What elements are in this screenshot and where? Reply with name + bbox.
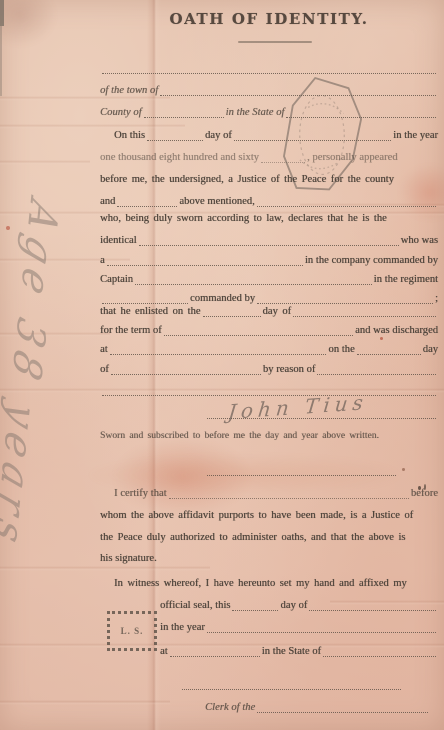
label: whom the above affidavit purports to hav…	[100, 510, 413, 522]
label: I certify that	[114, 488, 167, 500]
form-line-his-signature: his signature.	[100, 549, 438, 565]
blank-field	[107, 261, 303, 266]
title-rule	[238, 41, 312, 43]
scan-edge	[0, 26, 2, 96]
label: above mentioned,	[179, 196, 254, 208]
blank-field	[257, 202, 436, 207]
form-line-and-above: and above mentioned,	[100, 192, 438, 208]
label: and	[100, 196, 115, 208]
ink-speck	[402, 468, 405, 471]
blank-field	[170, 652, 260, 657]
label: in the State of	[262, 646, 321, 658]
ls-seal-box: L. S.	[107, 611, 157, 651]
blank-field	[207, 414, 436, 419]
blank-field	[135, 280, 372, 285]
blank-field	[207, 628, 436, 633]
label: day	[423, 344, 438, 356]
scan-edge	[0, 0, 4, 26]
form-line-blank-full	[100, 383, 438, 397]
label: before	[411, 488, 438, 500]
form-line-discharge-place: at on the day	[100, 340, 438, 356]
blank-field	[203, 312, 261, 317]
form-line-enlisted: that he enlisted on the day of	[100, 302, 438, 318]
blank-field	[293, 312, 436, 317]
label: , personally appeared	[307, 152, 398, 164]
label: his signature.	[100, 553, 157, 565]
crease	[0, 566, 210, 571]
crease	[0, 160, 90, 165]
label: On this	[114, 130, 145, 142]
blank-field	[164, 331, 353, 336]
form-line-town: of the town of	[100, 81, 438, 97]
oath-of-identity-document: Age 38 years John Tius OATH OF IDENTITY.…	[0, 0, 444, 730]
ink-speck	[6, 226, 10, 230]
form-line-peace: the Peace duly authorized to administer …	[100, 528, 438, 544]
label: a	[100, 255, 105, 267]
form-line-clerk: Clerk of the	[205, 698, 430, 714]
form-line-identical: identical who was	[100, 231, 438, 247]
label: in the company commanded by	[305, 255, 438, 267]
form-line-date: On this day of in the year	[100, 126, 438, 142]
form-line-county-state: County of in the State of	[100, 103, 438, 119]
label: that he enlisted on the	[100, 306, 201, 318]
form-line-official-seal: official seal, this day of	[100, 596, 438, 612]
signature-line	[205, 404, 438, 420]
form-line-witness: In witness whereof, I have hereunto set …	[100, 574, 438, 590]
county-label: County of	[100, 107, 142, 119]
blank-field	[182, 685, 401, 690]
blank-field	[139, 241, 399, 246]
label: day of	[280, 600, 307, 612]
label: In witness whereof, I have hereunto set …	[114, 578, 407, 590]
form-line-term: for the term of and was discharged	[100, 321, 438, 337]
blank-field	[102, 391, 436, 396]
form-line-jp-signature	[205, 463, 398, 477]
blank-field	[207, 471, 396, 476]
blank-field	[286, 113, 436, 118]
blank-field	[102, 69, 436, 74]
clerk-label: Clerk of the	[205, 702, 255, 714]
blank-field	[144, 113, 224, 118]
label: who, being duly sworn according to law, …	[100, 213, 387, 225]
blank-field	[309, 606, 436, 611]
label: before me, the undersigned, a Justice of…	[100, 174, 394, 186]
blank-field	[234, 136, 391, 141]
label: Sworn and subscribed to before me the da…	[100, 430, 379, 442]
label: the Peace duly authorized to administer …	[100, 532, 405, 544]
clerk-signature-line	[180, 677, 403, 691]
form-line-reason: of by reason of	[100, 360, 438, 376]
label: in the regiment	[374, 274, 438, 286]
label: official seal, this	[160, 600, 230, 612]
label: at	[100, 344, 108, 356]
blank-field	[261, 158, 305, 163]
blank-field	[147, 136, 203, 141]
town-label: of the town of	[100, 85, 158, 97]
form-line-who-being: who, being duly sworn according to law, …	[100, 209, 438, 225]
ls-seal-label: L. S.	[121, 626, 144, 636]
label: and was discharged	[355, 325, 438, 337]
form-line-year: one thousand eight hundred and sixty , p…	[100, 148, 438, 164]
label: one thousand eight hundred and sixty	[100, 152, 259, 164]
label: on the	[328, 344, 354, 356]
form-line-before-me: before me, the undersigned, a Justice of…	[100, 170, 438, 186]
form-line-name	[100, 61, 438, 75]
form-line-rank: a in the company commanded by	[100, 251, 438, 267]
blank-field	[357, 350, 421, 355]
document-title: OATH OF IDENTITY.	[100, 10, 438, 28]
blank-field	[169, 494, 409, 499]
form-line-certify: I certify that before	[100, 484, 438, 500]
form-line-captain: Captain in the regiment	[100, 270, 438, 286]
blank-field	[117, 202, 177, 207]
label: for the term of	[100, 325, 162, 337]
label: identical	[100, 235, 137, 247]
crease	[0, 700, 170, 705]
blank-field	[317, 370, 436, 375]
blank-field	[323, 652, 436, 657]
blank-field	[232, 606, 278, 611]
stain	[0, 0, 55, 45]
blank-field	[110, 350, 327, 355]
blank-field	[160, 91, 436, 96]
blank-field	[257, 708, 428, 713]
label: Captain	[100, 274, 133, 286]
label: of	[100, 364, 109, 376]
label: day of	[263, 306, 292, 318]
label: by reason of	[263, 364, 316, 376]
blank-field	[111, 370, 261, 375]
state-label: in the State of	[226, 107, 285, 119]
label: in the year	[160, 622, 205, 634]
margin-handwriting-note: Age 38 years	[0, 194, 66, 548]
form-line-sworn: Sworn and subscribed to before me the da…	[100, 426, 438, 442]
label: at	[160, 646, 168, 658]
label: day of	[205, 130, 232, 142]
label: in the year	[393, 130, 438, 142]
form-line-whom: whom the above affidavit purports to hav…	[100, 506, 438, 522]
label: who was	[401, 235, 438, 247]
